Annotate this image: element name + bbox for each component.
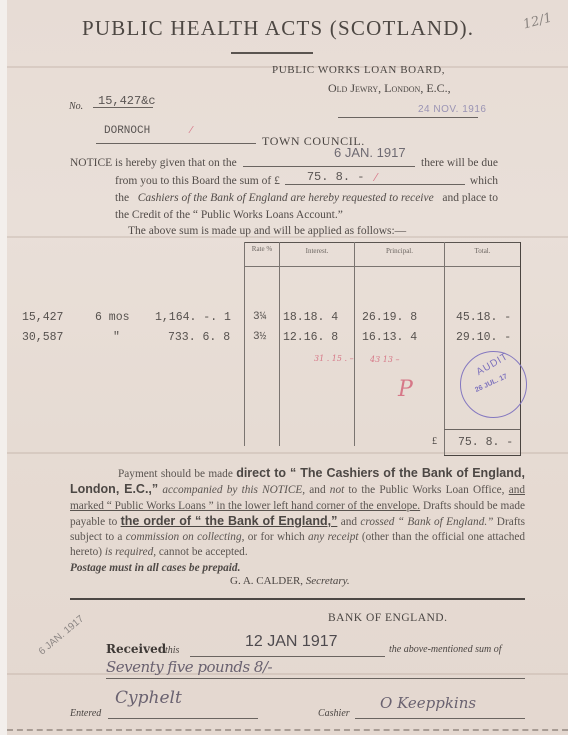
column-divider — [279, 242, 280, 446]
secretary-signature: G. A. CALDER, Secretary. — [230, 575, 350, 587]
amount-in-words: Seventy five pounds 8/- — [106, 658, 272, 676]
date-underline — [338, 117, 478, 118]
due-date-blank — [243, 157, 415, 167]
notice-line-2: from you to this Board the sum of £ 75. … — [115, 175, 498, 187]
title-divider — [231, 52, 313, 54]
red-initials: P — [398, 377, 413, 402]
entered-label: Entered — [70, 708, 101, 719]
principal-cell: 26.19. 8 — [362, 311, 417, 324]
column-header-total: Total. — [445, 247, 520, 255]
notice-line-1: NOTICE is hereby given that on the there… — [70, 157, 498, 169]
council-underline — [96, 143, 256, 144]
received-date-underline — [190, 656, 385, 657]
payment-table: Rate % Interest. Principal. Total. 3¼ 18… — [244, 242, 520, 456]
perforation-edge — [7, 729, 568, 731]
column-header-interest: Interest. — [280, 247, 354, 255]
notice-line-5: The above sum is made up and will be app… — [128, 225, 406, 237]
issue-date-stamp: 24 NOV. 1916 — [418, 104, 486, 115]
red-tick-mark: ⁄ — [190, 125, 192, 136]
loan-balance: 1,164. -. 1 — [155, 311, 231, 324]
total-currency: £ — [432, 436, 437, 447]
received-label: Received — [106, 642, 166, 656]
amount-due: 75. 8. - — [307, 170, 365, 184]
rate-cell: 3½ — [253, 331, 266, 343]
cashier-underline — [355, 718, 525, 719]
interest-cell: 12.16. 8 — [283, 331, 338, 344]
document-title: PUBLIC HEALTH ACTS (SCOTLAND). — [82, 16, 474, 41]
entered-signature: Cyphelt — [115, 688, 182, 708]
red-tick-mark: ⁄ — [375, 171, 377, 184]
column-header-principal: Principal. — [355, 247, 444, 255]
grand-total: 75. 8. - — [458, 436, 513, 449]
grand-total-box: 75. 8. - — [444, 429, 520, 456]
cashier-signature: O Keeppkins — [380, 694, 476, 712]
audit-stamp: AUDIT 26 JUL. 17 — [460, 351, 527, 418]
total-cell: 29.10. - — [456, 331, 511, 344]
bank-name: BANK OF ENGLAND. — [328, 612, 448, 624]
rate-cell: 3¼ — [253, 311, 266, 323]
column-divider — [354, 242, 355, 446]
amount-blank: 75. 8. - ⁄ — [285, 175, 465, 185]
total-cell: 45.18. - — [456, 311, 511, 324]
red-interest-annotation: 31 . 15 . – — [314, 354, 354, 363]
issuer-name: PUBLIC WORKS LOAN BOARD, — [272, 64, 445, 76]
sum-label: the above-mentioned sum of — [389, 644, 501, 655]
number-underline — [93, 107, 153, 108]
council-name: DORNOCH⁄ — [104, 125, 192, 137]
interest-cell: 18.18. 4 — [283, 311, 338, 324]
received-date-stamp: 12 JAN 1917 — [245, 633, 338, 651]
issuer-address: Old Jewry, London, E.C., — [328, 81, 451, 96]
notice-line-4: the Credit of the “ Public Works Loans A… — [115, 209, 343, 221]
notice-line-3: the Cashiers of the Bank of England are … — [115, 192, 498, 204]
loan-number: 30,587 — [22, 331, 63, 344]
column-divider — [444, 242, 445, 456]
fold-line — [7, 673, 568, 675]
red-principal-annotation: 43 13 – — [370, 355, 399, 364]
loan-period: " — [113, 331, 120, 344]
entered-underline — [108, 718, 258, 719]
column-header-rate: Rate % — [246, 245, 278, 253]
amount-words-underline — [106, 678, 525, 679]
principal-cell: 16.13. 4 — [362, 331, 417, 344]
reference-number: 15,427&c — [98, 94, 156, 108]
column-divider — [520, 242, 521, 456]
number-label: No. — [69, 101, 83, 112]
loan-period: 6 mos — [95, 311, 130, 324]
column-divider — [244, 242, 245, 446]
this-label: this — [165, 645, 179, 656]
loan-balance: 733. 6. 8 — [168, 331, 230, 344]
cashier-label: Cashier — [318, 708, 350, 719]
payment-instructions: Payment should be made direct to “ The C… — [70, 466, 525, 576]
loan-number: 15,427 — [22, 311, 63, 324]
section-divider — [70, 598, 525, 600]
